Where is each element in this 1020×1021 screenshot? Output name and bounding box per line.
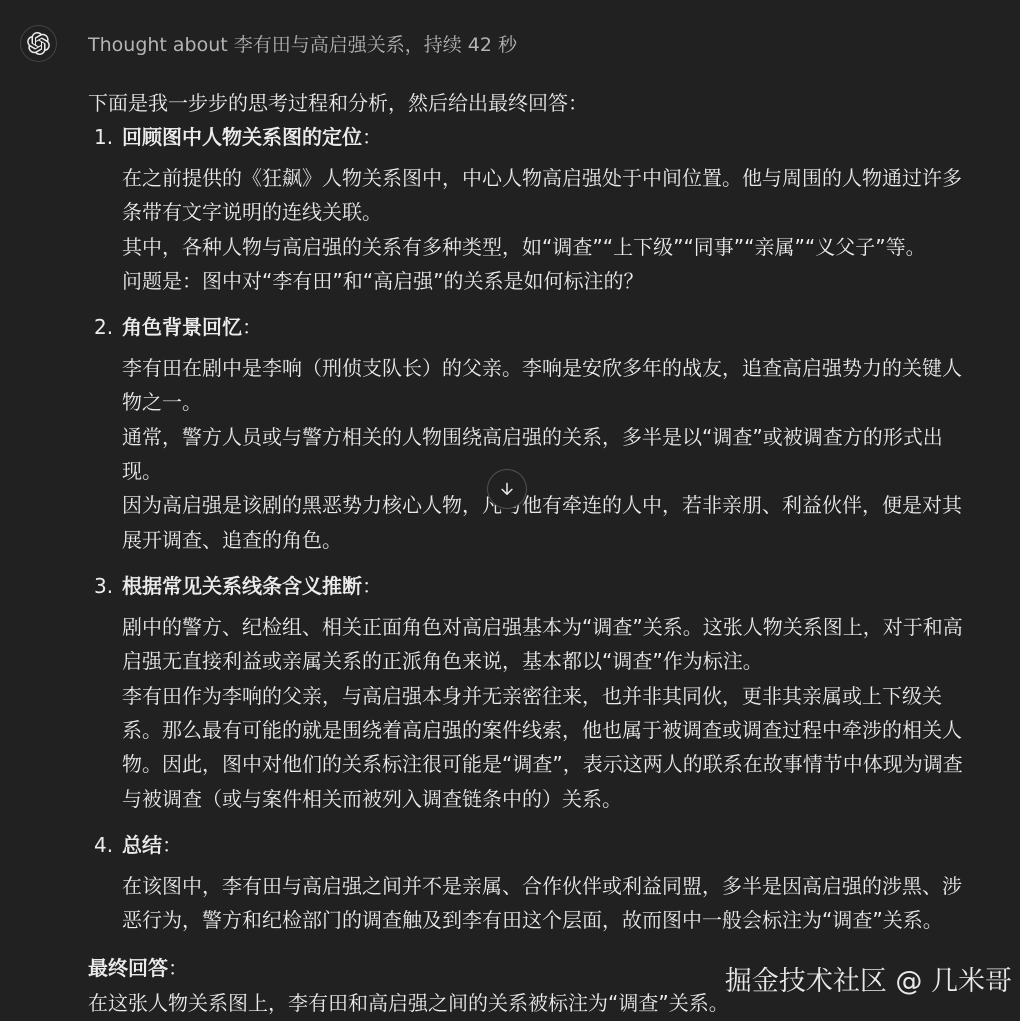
thought-step-3: 3. 根据常见关系线条含义推断： 剧中的警方、纪检组、相关正面角色对高启强基本为… <box>88 569 966 816</box>
step-number: 4. <box>88 828 122 937</box>
step-heading-colon: ： <box>242 315 262 339</box>
step-heading: 根据常见关系线条含义推断： <box>122 569 966 603</box>
thought-step-1: 1. 回顾图中人物关系图的定位： 在之前提供的《狂飙》人物关系图中，中心人物高启… <box>88 120 966 298</box>
step-number: 3. <box>88 569 122 816</box>
arrow-down-icon <box>498 480 516 498</box>
thought-summary-title: Thought about 李有田与高启强关系，持续 42 秒 <box>88 30 517 57</box>
thought-step-2: 2. 角色背景回忆： 李有田在剧中是李响（刑侦支队长）的父亲。李响是安欣多年的战… <box>88 310 966 557</box>
step-paragraph: 在之前提供的《狂飙》人物关系图中，中心人物高启强处于中间位置。他与周围的人物通过… <box>122 161 966 230</box>
step-paragraph: 因为高启强是该剧的黑恶势力核心人物，凡与他有牵连的人中，若非亲朋、利益伙伴，便是… <box>122 488 966 557</box>
watermark: 掘金技术社区 @ 几米哥 <box>725 959 1012 998</box>
step-paragraph: 李有田在剧中是李响（刑侦支队长）的父亲。李响是安欣多年的战友，追查高启强势力的关… <box>122 351 966 420</box>
step-number: 1. <box>88 120 122 298</box>
step-heading-text: 角色背景回忆 <box>122 315 242 339</box>
openai-logo-icon <box>27 32 50 55</box>
assistant-message: 下面是我一步步的思考过程和分析，然后给出最终回答： 1. 回顾图中人物关系图的定… <box>88 86 966 1020</box>
final-answer-label: 最终回答 <box>88 956 168 980</box>
step-heading-colon: ： <box>362 125 382 149</box>
step-heading-text: 总结 <box>122 833 162 857</box>
step-paragraph: 其中，各种人物与高启强的关系有多种类型，如“调查”“上下级”“同事”“亲属”“义… <box>122 230 966 264</box>
step-heading: 总结： <box>122 828 966 862</box>
assistant-avatar <box>20 25 57 62</box>
step-paragraph: 在该图中，李有田与高启强之间并不是亲属、合作伙伴或利益同盟，多半是因高启强的涉黑… <box>122 869 966 938</box>
step-paragraph: 通常，警方人员或与警方相关的人物围绕高启强的关系，多半是以“调查”或被调查方的形… <box>122 420 966 489</box>
step-heading-text: 根据常见关系线条含义推断 <box>122 574 362 598</box>
step-paragraph: 剧中的警方、纪检组、相关正面角色对高启强基本为“调查”关系。这张人物关系图上，对… <box>122 610 966 679</box>
step-paragraph: 问题是：图中对“李有田”和“高启强”的关系是如何标注的？ <box>122 264 966 298</box>
step-heading: 回顾图中人物关系图的定位： <box>122 120 966 154</box>
step-paragraph: 李有田作为李响的父亲，与高启强本身并无亲密往来，也并非其同伙，更非其亲属或上下级… <box>122 679 966 817</box>
intro-text: 下面是我一步步的思考过程和分析，然后给出最终回答： <box>88 86 966 120</box>
step-heading-text: 回顾图中人物关系图的定位 <box>122 125 362 149</box>
step-heading-colon: ： <box>362 574 382 598</box>
final-answer-colon: ： <box>168 956 188 980</box>
thought-header[interactable]: Thought about 李有田与高启强关系，持续 42 秒 <box>20 25 517 62</box>
step-heading: 角色背景回忆： <box>122 310 966 344</box>
thought-step-4: 4. 总结： 在该图中，李有田与高启强之间并不是亲属、合作伙伴或利益同盟，多半是… <box>88 828 966 937</box>
scroll-to-bottom-button[interactable] <box>487 469 527 509</box>
step-number: 2. <box>88 310 122 557</box>
step-heading-colon: ： <box>162 833 182 857</box>
